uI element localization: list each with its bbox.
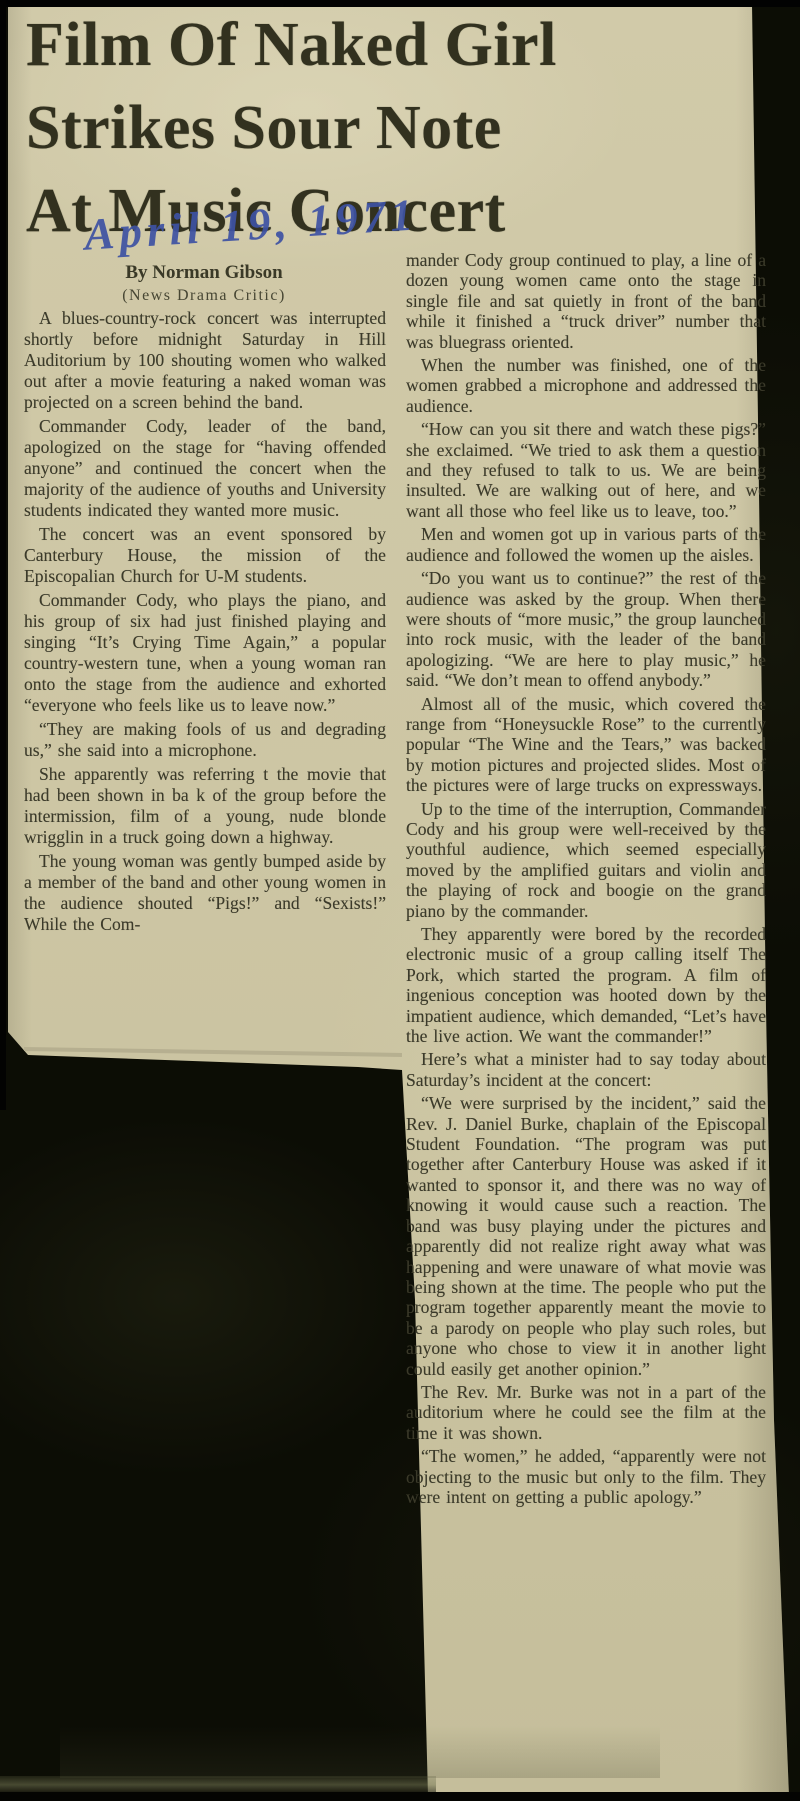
article-paragraph: mander Cody group continued to play, a l… bbox=[406, 250, 766, 352]
article-paragraph: “Do you want us to continue?” the rest o… bbox=[406, 568, 766, 690]
scan-border-bottom bbox=[0, 1792, 800, 1801]
article-paragraph: The concert was an event sponsored by Ca… bbox=[24, 524, 386, 587]
article-byline: By Norman Gibson bbox=[24, 262, 384, 284]
article-paragraph: The young woman was gently bumped aside … bbox=[24, 851, 386, 935]
scan-border-left bbox=[0, 0, 6, 1110]
article-paragraph: “The women,” he added, “apparently were … bbox=[406, 1446, 766, 1507]
article-paragraph: When the number was finished, one of the… bbox=[406, 355, 766, 416]
background-surface-haze bbox=[60, 1726, 660, 1778]
background-surface-edge bbox=[0, 1776, 436, 1792]
article-paragraph: Almost all of the music, which covered t… bbox=[406, 694, 766, 796]
newspaper-clipping-scan: Film Of Naked Girl Strikes Sour Note At … bbox=[0, 0, 800, 1801]
headline-line-1: Film Of Naked Girl bbox=[26, 4, 746, 87]
article-byline-credit: (News Drama Critic) bbox=[24, 287, 384, 305]
article-paragraph: A blues-country-rock concert was interru… bbox=[24, 308, 386, 413]
article-paragraph: The Rev. Mr. Burke was not in a part of … bbox=[406, 1382, 766, 1443]
article-right-column: mander Cody group continued to play, a l… bbox=[406, 250, 766, 1510]
article-paragraph: They apparently were bored by the record… bbox=[406, 924, 766, 1046]
article-paragraph: She apparently was referring t the movie… bbox=[24, 764, 386, 848]
article-paragraph: Up to the time of the interruption, Comm… bbox=[406, 799, 766, 921]
article-paragraph: “They are making fools of us and degradi… bbox=[24, 719, 386, 761]
article-paragraph: Commander Cody, who plays the piano, and… bbox=[24, 590, 386, 716]
article-paragraph: “How can you sit there and watch these p… bbox=[406, 419, 766, 521]
article-left-column: A blues-country-rock concert was interru… bbox=[24, 308, 386, 938]
article-paragraph: Commander Cody, leader of the band, apol… bbox=[24, 416, 386, 521]
article-paragraph: Here’s what a minister had to say today … bbox=[406, 1049, 766, 1090]
article-paragraph: “We were surprised by the incident,” sai… bbox=[406, 1093, 766, 1379]
article-paragraph: Men and women got up in various parts of… bbox=[406, 524, 766, 565]
headline-line-2: Strikes Sour Note bbox=[26, 87, 746, 170]
